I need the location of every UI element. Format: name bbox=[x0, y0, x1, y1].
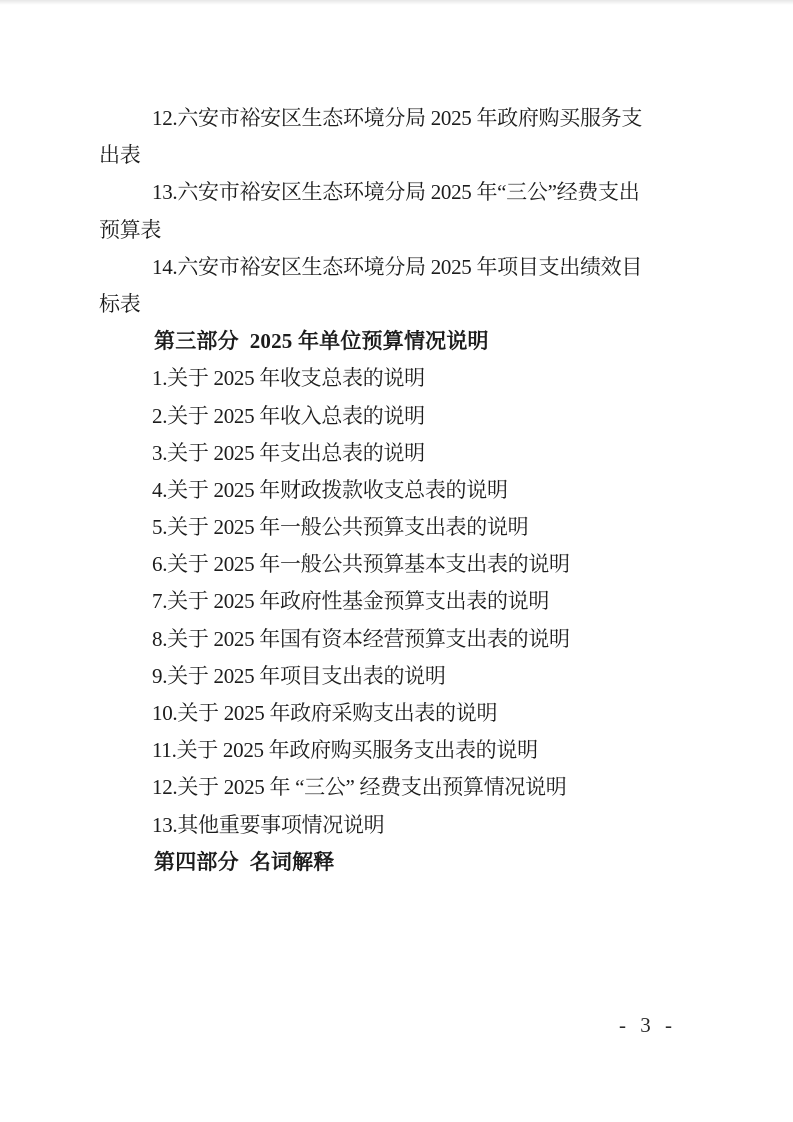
toc-content: 12.六安市裕安区生态环境分局 2025 年政府购买服务支 出表 13.六安市裕… bbox=[99, 100, 699, 881]
toc-part2-item-13-line2: 预算表 bbox=[99, 212, 699, 249]
toc-part2-item-13-line1: 13.六安市裕安区生态环境分局 2025 年“三公”经费支出 bbox=[99, 174, 699, 211]
document-page: 12.六安市裕安区生态环境分局 2025 年政府购买服务支 出表 13.六安市裕… bbox=[0, 0, 793, 1122]
toc-part2-item-12-line1: 12.六安市裕安区生态环境分局 2025 年政府购买服务支 bbox=[99, 100, 699, 137]
toc-part3-item-5: 5.关于 2025 年一般公共预算支出表的说明 bbox=[99, 509, 699, 546]
toc-part3-item-6: 6.关于 2025 年一般公共预算基本支出表的说明 bbox=[99, 546, 699, 583]
toc-part2-item-12-line2: 出表 bbox=[99, 137, 699, 174]
toc-part3-item-9: 9.关于 2025 年项目支出表的说明 bbox=[99, 658, 699, 695]
toc-part2-item-14-line1: 14.六安市裕安区生态环境分局 2025 年项目支出绩效目 bbox=[99, 249, 699, 286]
toc-part3-item-8: 8.关于 2025 年国有资本经营预算支出表的说明 bbox=[99, 621, 699, 658]
part4-heading: 第四部分 名词解释 bbox=[99, 844, 699, 881]
scan-edge-artifact bbox=[0, 0, 793, 5]
page-number: - 3 - bbox=[619, 1013, 675, 1038]
part3-heading: 第三部分 2025 年单位预算情况说明 bbox=[99, 323, 699, 360]
toc-part3-item-7: 7.关于 2025 年政府性基金预算支出表的说明 bbox=[99, 583, 699, 620]
toc-part3-item-11: 11.关于 2025 年政府购买服务支出表的说明 bbox=[99, 732, 699, 769]
toc-part2-item-14-line2: 标表 bbox=[99, 286, 699, 323]
toc-part3-item-13: 13.其他重要事项情况说明 bbox=[99, 807, 699, 844]
toc-part3-item-1: 1.关于 2025 年收支总表的说明 bbox=[99, 360, 699, 397]
toc-part3-item-10: 10.关于 2025 年政府采购支出表的说明 bbox=[99, 695, 699, 732]
toc-part3-item-2: 2.关于 2025 年收入总表的说明 bbox=[99, 398, 699, 435]
toc-part3-item-12: 12.关于 2025 年 “三公” 经费支出预算情况说明 bbox=[99, 769, 699, 806]
toc-part3-item-4: 4.关于 2025 年财政拨款收支总表的说明 bbox=[99, 472, 699, 509]
toc-part3-item-3: 3.关于 2025 年支出总表的说明 bbox=[99, 435, 699, 472]
